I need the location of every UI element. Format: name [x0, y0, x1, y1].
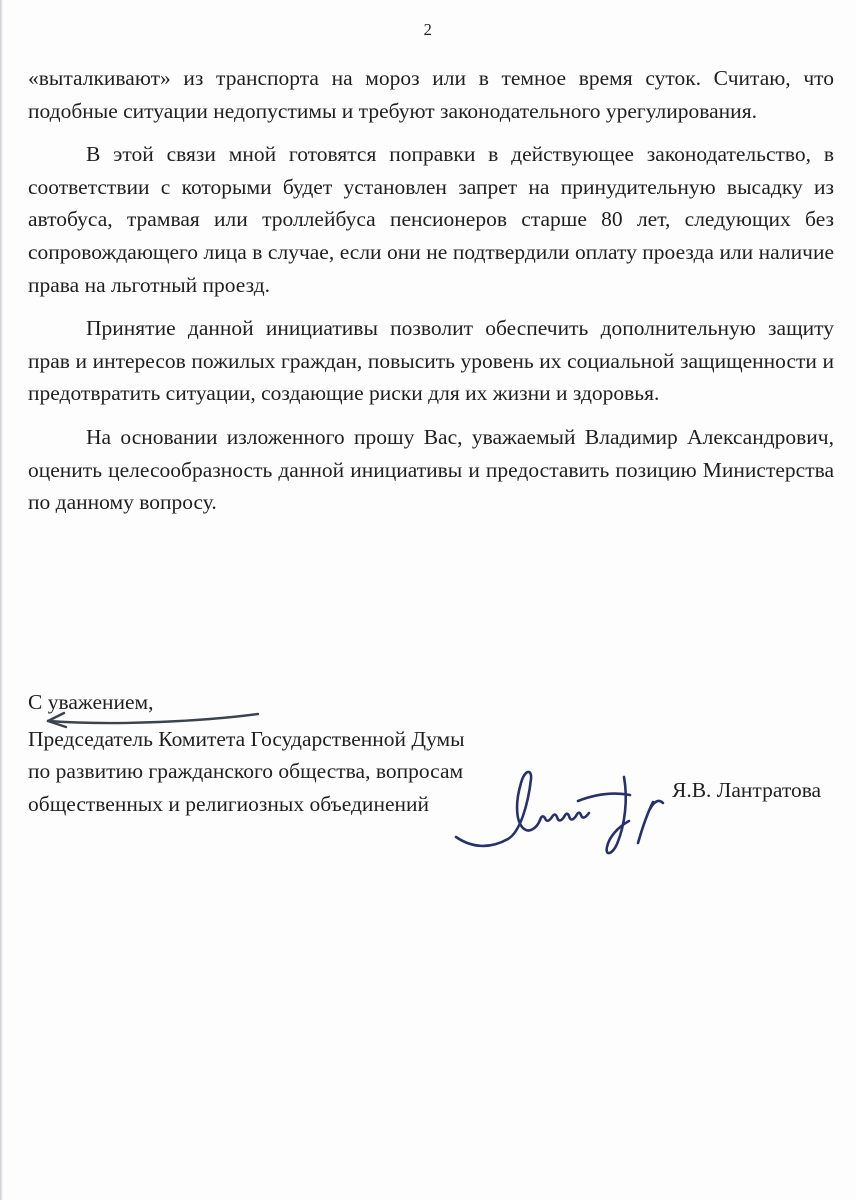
body-paragraph: На основании изложенного прошу Вас, уваж… [28, 421, 834, 519]
salutation-flourish-graphic [26, 708, 266, 732]
body-paragraph: В этой связи мной готовятся поправки в д… [28, 138, 834, 301]
body-paragraph: Принятие данной инициативы позволит обес… [28, 312, 834, 410]
handwritten-signature [450, 757, 680, 862]
scanned-letter-page: 2 «выталкивают» из транспорта на мороз и… [0, 0, 856, 1200]
scan-edge-artifact [0, 0, 3, 1200]
body-paragraph: «выталкивают» из транспорта на мороз или… [28, 62, 834, 127]
signer-name: Я.В. Лантратова [672, 774, 821, 806]
letter-body: «выталкивают» из транспорта на мороз или… [28, 62, 834, 530]
page-number: 2 [0, 20, 856, 40]
